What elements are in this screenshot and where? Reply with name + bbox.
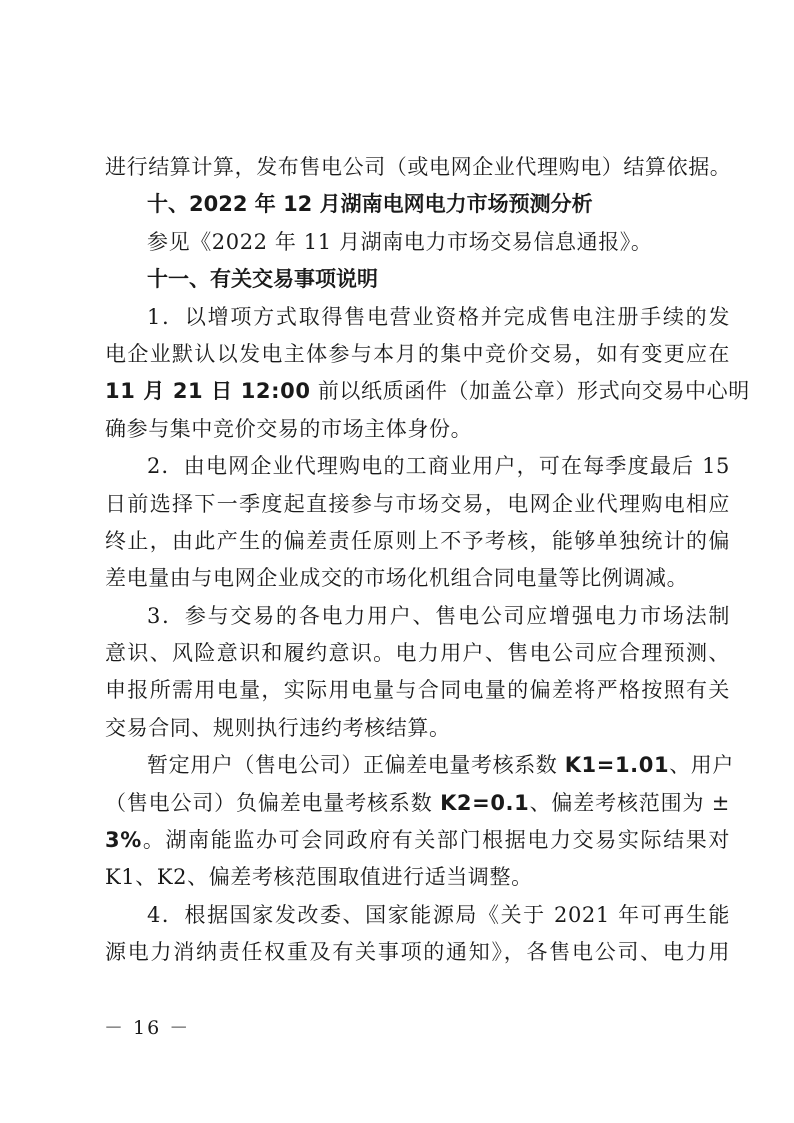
paragraph-line: K1、K2、偏差考核范围取值进行适当调整。 [105,859,730,896]
paragraph-line: 11 月 21 日 12:00 前以纸质函件（加盖公章）形式向交易中心明 [105,373,730,410]
paragraph-text: 前以纸质函件（加盖公章）形式向交易中心明 [318,379,750,403]
paragraph-line: 4．根据国家发改委、国家能源局《关于 2021 年可再生能 [105,897,730,934]
k2-value: K2=0.1 [440,791,529,815]
paragraph-line: 进行结算计算，发布售电公司（或电网企业代理购电）结算依据。 [105,149,730,186]
k1-value: K1=1.01 [565,753,670,777]
paragraph-line: 交易合同、规则执行违约考核结算。 [105,710,730,747]
paragraph-line: 源电力消纳责任权重及有关事项的通知》，各售电公司、电力用 [105,934,730,971]
paragraph-line: 差电量由与电网企业成交的市场化机组合同电量等比例调减。 [105,560,730,597]
paragraph-line: 暂定用户（售电公司）正偏差电量考核系数 K1=1.01、用户 [105,747,730,784]
paragraph-text: 。湖南能监办可会同政府有关部门根据电力交易实际结果对 [142,828,730,852]
paragraph-line: 3．参与交易的各电力用户、售电公司应增强电力市场法制 [105,598,730,635]
range-value: 3% [105,828,142,852]
document-body: 进行结算计算，发布售电公司（或电网企业代理购电）结算依据。 十、2022 年 1… [105,149,730,972]
paragraph-text: 暂定用户（售电公司）正偏差电量考核系数 [147,753,557,777]
deadline-text: 11 月 21 日 12:00 [105,379,311,403]
paragraph-text: 、用户 [669,753,734,777]
paragraph-line: 电企业默认以发电主体参与本月的集中竞价交易，如有变更应在 [105,336,730,373]
section-heading-10: 十、2022 年 12 月湖南电网电力市场预测分析 [105,186,730,223]
page-number: － 16 － [104,1013,190,1040]
paragraph-line: 2．由电网企业代理购电的工商业用户，可在每季度最后 15 [105,448,730,485]
paragraph-line: 参见《2022 年 11 月湖南电力市场交易信息通报》。 [105,224,730,261]
paragraph-line: （售电公司）负偏差电量考核系数 K2=0.1、偏差考核范围为 ± [105,785,730,822]
paragraph-line: 确参与集中竞价交易的市场主体身份。 [105,411,730,448]
paragraph-line: 日前选择下一季度起直接参与市场交易，电网企业代理购电相应 [105,486,730,523]
paragraph-line: 3%。湖南能监办可会同政府有关部门根据电力交易实际结果对 [105,822,730,859]
paragraph-line: 1．以增项方式取得售电营业资格并完成售电注册手续的发 [105,299,730,336]
paragraph-line: 意识、风险意识和履约意识。电力用户、售电公司应合理预测、 [105,635,730,672]
paragraph-text: （售电公司）负偏差电量考核系数 [105,791,433,815]
paragraph-line: 申报所需用电量，实际用电量与合同电量的偏差将严格按照有关 [105,672,730,709]
paragraph-text: 、偏差考核范围为 ± [529,791,730,815]
paragraph-line: 终止，由此产生的偏差责任原则上不予考核，能够单独统计的偏 [105,523,730,560]
section-heading-11: 十一、有关交易事项说明 [105,261,730,298]
